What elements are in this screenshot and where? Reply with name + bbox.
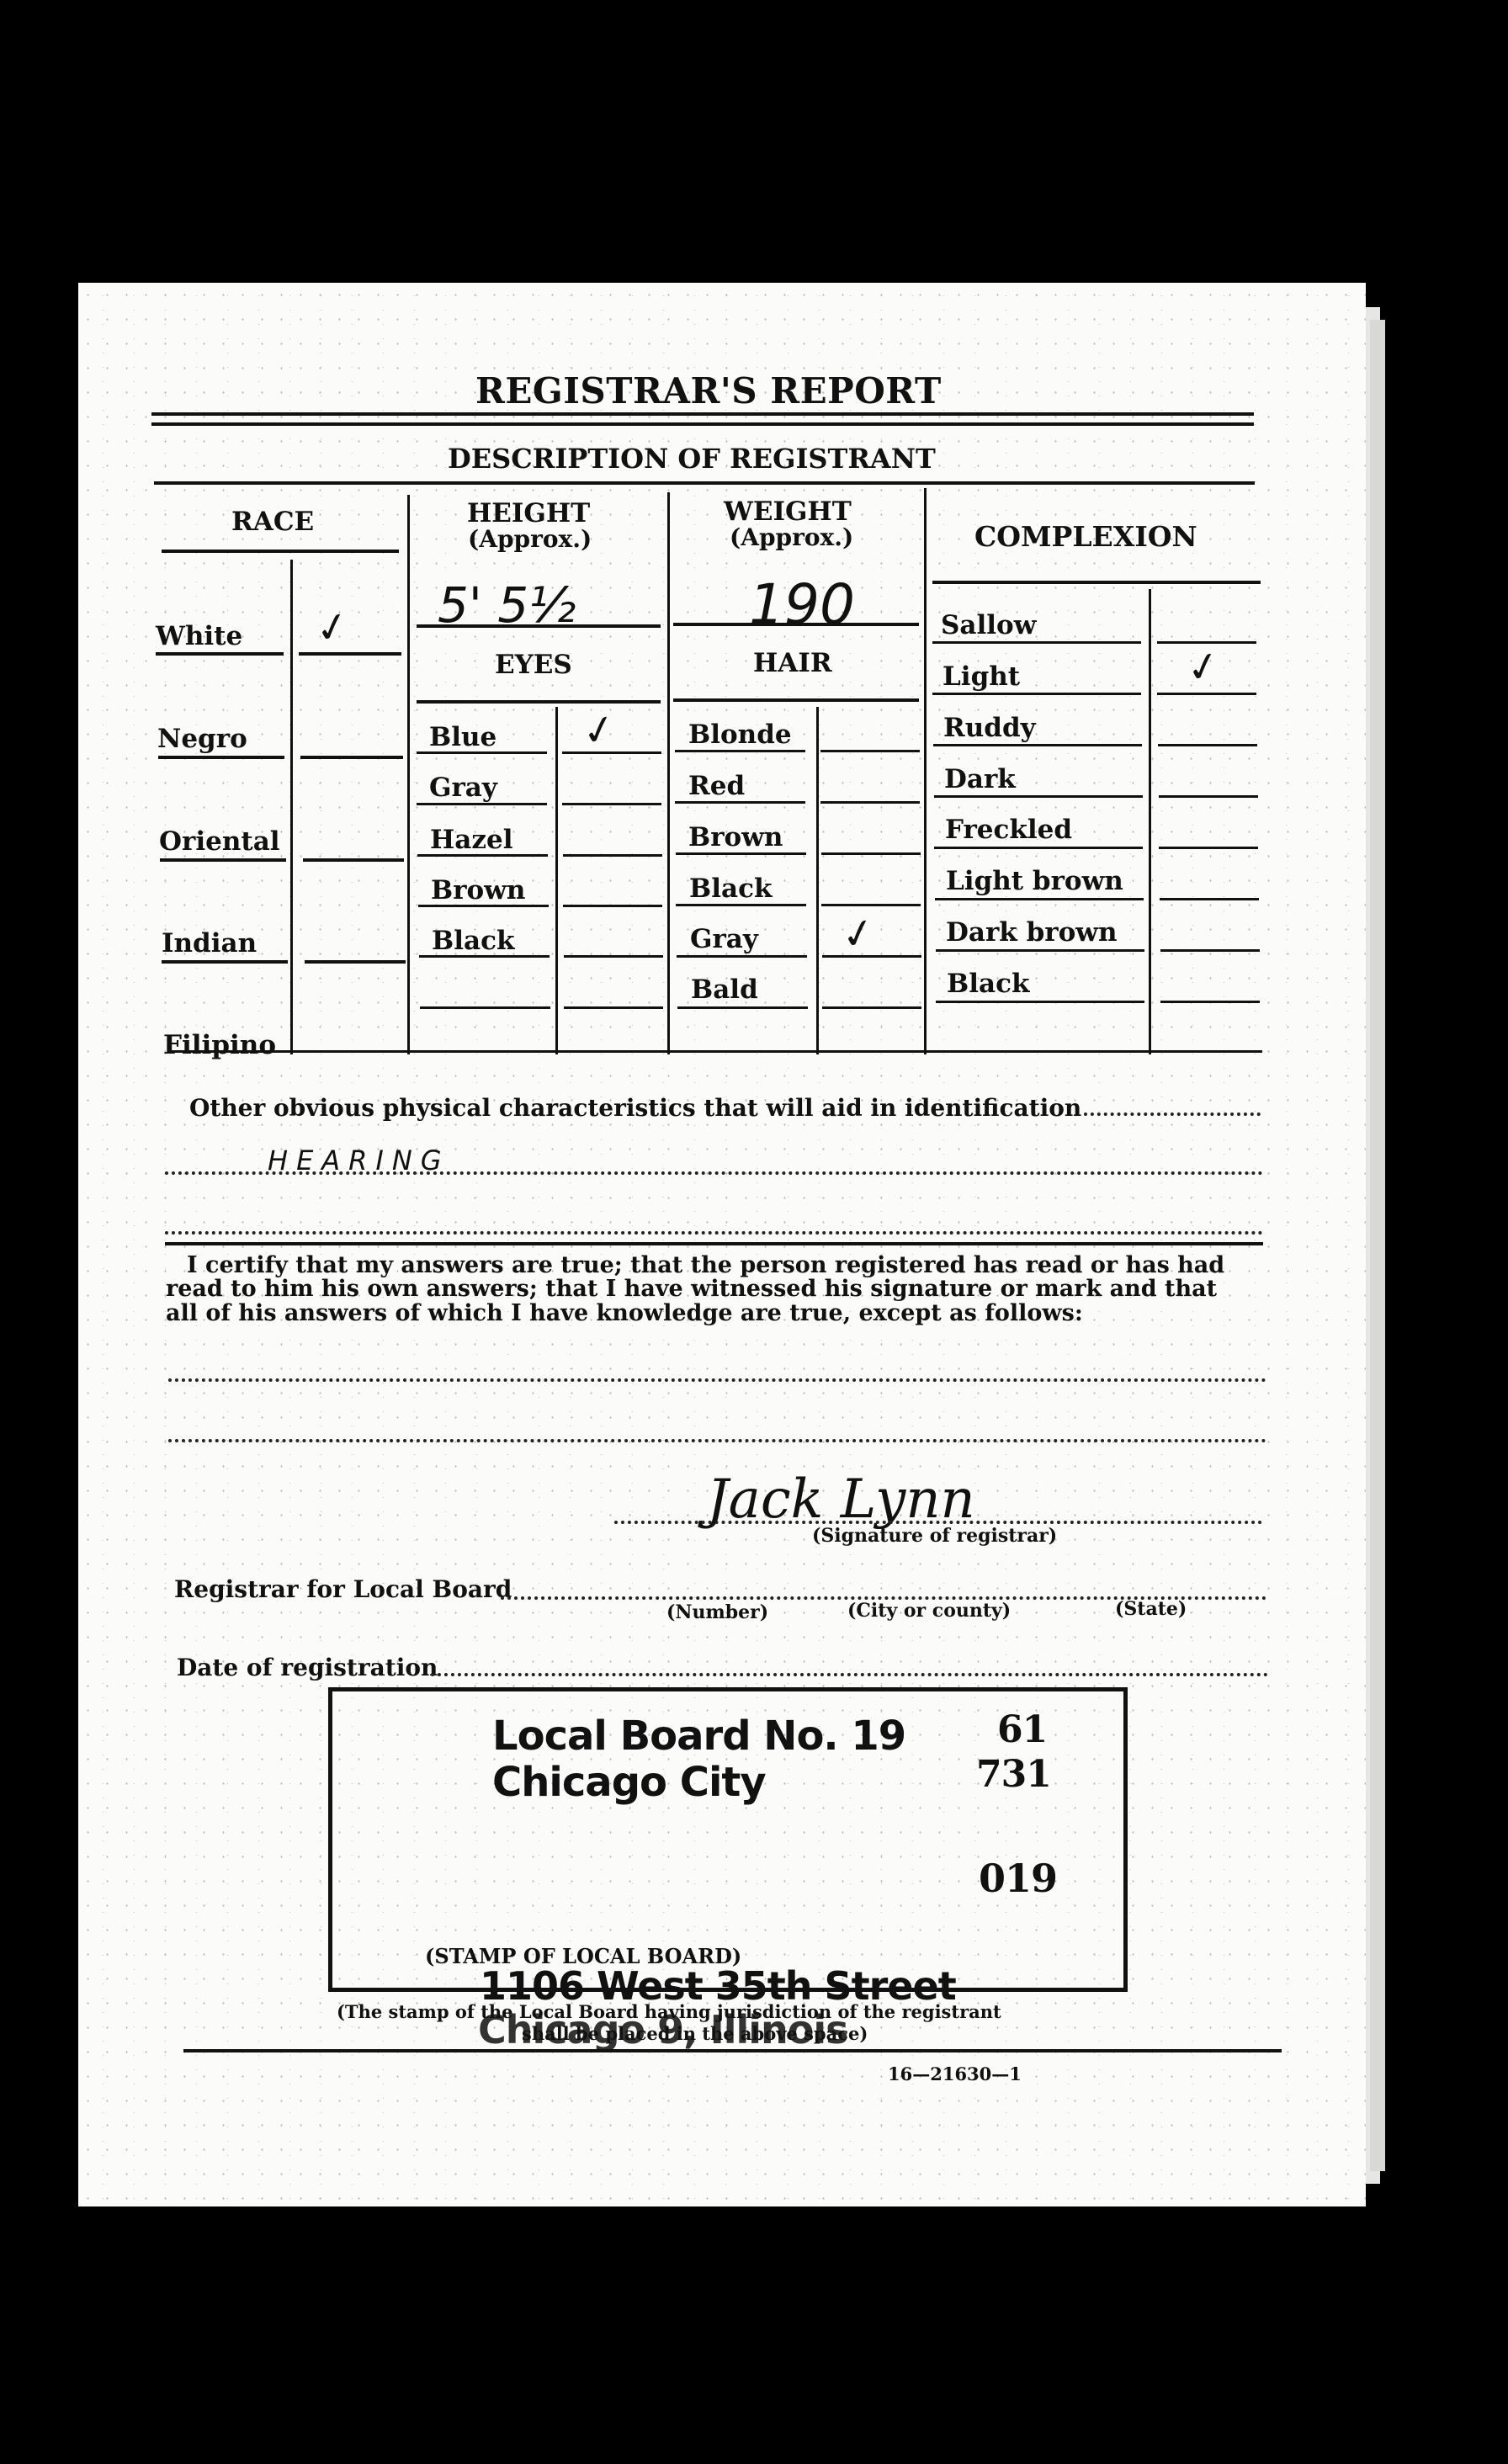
weight-value-rule xyxy=(673,623,919,626)
certify-rule xyxy=(165,1242,1263,1245)
complexion-label-light-brown[interactable]: Light brown xyxy=(946,866,1123,896)
hair-label-bald[interactable]: Bald xyxy=(691,974,758,1005)
eyes-rule xyxy=(419,955,550,958)
stamp-number-3: 019 xyxy=(979,1856,1057,1901)
paper-stack-edge-2 xyxy=(1370,320,1385,2171)
row-rule xyxy=(299,652,401,656)
race-header: RACE xyxy=(231,507,314,537)
divider-race-check xyxy=(290,560,293,1054)
eyes-rule xyxy=(417,854,548,857)
complexion-header-rule xyxy=(932,581,1261,584)
stamp-board-name: Local Board No. 19 xyxy=(492,1713,905,1760)
other-characteristics-label: Other obvious physical characteristics t… xyxy=(189,1094,1081,1122)
title-rule-2 xyxy=(151,422,1254,426)
eyes-rule xyxy=(417,803,547,805)
complexion-check-rule xyxy=(1160,898,1259,900)
registrar-label: Registrar for Local Board xyxy=(174,1575,512,1603)
certify-line-1: I certify that my answers are true; that… xyxy=(187,1252,1224,1278)
complexion-label-black[interactable]: Black xyxy=(947,969,1029,999)
divider-height-weight xyxy=(667,492,670,1054)
certify-line-3: all of his answers of which I have knowl… xyxy=(166,1300,1083,1326)
eyes-label-gray[interactable]: Gray xyxy=(429,773,497,803)
eyes-header-rule xyxy=(417,700,661,704)
complexion-label-dark[interactable]: Dark xyxy=(944,764,1016,794)
signature-caption: (Signature of registrar) xyxy=(812,1525,1057,1547)
eyes-check-rule xyxy=(564,1006,663,1009)
bottom-rule xyxy=(183,2049,1282,2052)
row-rule xyxy=(156,652,284,656)
complexion-label-ruddy[interactable]: Ruddy xyxy=(943,713,1036,743)
complexion-check-rule xyxy=(1159,847,1258,849)
eyes-check-rule xyxy=(563,905,662,907)
section-title: DESCRIPTION OF REGISTRANT xyxy=(448,443,936,475)
hair-rule xyxy=(676,904,806,906)
complexion-rule xyxy=(932,641,1141,644)
other-line-1 xyxy=(165,1171,1263,1175)
complexion-rule xyxy=(934,795,1143,798)
divider-race-height xyxy=(407,495,410,1054)
hair-rule xyxy=(675,801,805,804)
race-label: Indian xyxy=(162,928,257,959)
complexion-label-freckled[interactable]: Freckled xyxy=(945,815,1072,845)
table-bottom-rule xyxy=(168,1050,1262,1053)
complexion-check-rule xyxy=(1160,949,1260,952)
hair-header-rule xyxy=(673,698,919,702)
race-label: Oriental xyxy=(159,826,280,857)
eyes-check-rule xyxy=(562,751,661,754)
complexion-rule xyxy=(935,898,1144,900)
row-rule xyxy=(305,960,406,964)
hair-label-black[interactable]: Black xyxy=(689,874,772,904)
race-label: White xyxy=(156,621,242,651)
hair-header: HAIR xyxy=(753,648,832,678)
divider-hair-check xyxy=(816,707,819,1054)
row-rule xyxy=(158,756,284,759)
row-rule xyxy=(300,756,403,759)
date-line xyxy=(431,1673,1268,1676)
hair-check-rule xyxy=(820,750,920,752)
number-caption: (Number) xyxy=(666,1601,768,1623)
title-rule-1 xyxy=(151,412,1254,416)
stamp-number-2: 731 xyxy=(976,1753,1051,1796)
complexion-rule xyxy=(936,1001,1144,1003)
complexion-label: Light xyxy=(942,661,1020,692)
signature-line xyxy=(614,1521,1262,1524)
stamp-city: Chicago City xyxy=(492,1759,766,1806)
section-rule xyxy=(154,481,1255,485)
stamp-note-2: shall be placed in the above space) xyxy=(522,2023,868,2044)
eyes-label-brown[interactable]: Brown xyxy=(431,875,525,905)
other-characteristics-dots xyxy=(1084,1113,1261,1116)
divider-complexion-check xyxy=(1149,589,1151,1054)
eyes-label: Blue xyxy=(429,722,496,752)
row-rule xyxy=(162,960,288,964)
eyes-check-rule xyxy=(563,854,662,857)
exceptions-line-1 xyxy=(168,1378,1266,1382)
form-number: 16—21630—1 xyxy=(888,2063,1022,2084)
stamp-number-1: 61 xyxy=(997,1708,1047,1751)
eyes-label-black[interactable]: Black xyxy=(432,926,514,956)
complexion-header: COMPLEXION xyxy=(974,520,1197,553)
hair-check-rule xyxy=(821,904,921,906)
hair-check-rule xyxy=(821,852,921,855)
other-line-2 xyxy=(165,1231,1263,1235)
complexion-rule xyxy=(932,693,1141,695)
complexion-check-rule xyxy=(1159,795,1258,798)
eyes-rule xyxy=(418,905,549,907)
race-label: Negro xyxy=(157,724,247,754)
eyes-rule xyxy=(420,1006,550,1009)
hair-check-rule xyxy=(822,1006,921,1009)
complexion-check-rule xyxy=(1157,641,1256,644)
complexion-check-rule xyxy=(1160,1001,1260,1003)
hair-rule xyxy=(677,1006,808,1009)
hair-label-brown[interactable]: Brown xyxy=(688,822,783,852)
row-rule xyxy=(303,858,404,862)
hair-rule xyxy=(675,750,805,752)
complexion-rule xyxy=(934,847,1143,849)
height-header: HEIGHT xyxy=(467,498,590,528)
weight-header: WEIGHT xyxy=(724,497,852,527)
complexion-check-rule xyxy=(1157,693,1256,695)
height-value-rule xyxy=(417,624,661,628)
eyes-check-rule xyxy=(564,955,663,958)
exceptions-line-2 xyxy=(168,1439,1266,1442)
eyes-check-rule xyxy=(562,803,661,805)
divider-eyes-check xyxy=(555,707,558,1054)
hair-label: Gray xyxy=(690,924,758,954)
weight-sub-header: (Approx.) xyxy=(730,523,853,551)
complexion-rule xyxy=(933,744,1142,746)
hair-label-blonde[interactable]: Blonde xyxy=(688,720,792,750)
state-caption: (State) xyxy=(1115,1598,1187,1620)
race-label: Filipino xyxy=(163,1030,276,1060)
weight-value: 190 xyxy=(749,572,855,637)
complexion-rule xyxy=(936,949,1144,952)
hair-rule xyxy=(676,852,806,855)
row-rule xyxy=(160,858,286,862)
eyes-rule xyxy=(417,751,547,754)
city-caption: (City or county) xyxy=(847,1600,1011,1622)
height-sub-header: (Approx.) xyxy=(468,525,592,553)
hair-check-rule xyxy=(822,955,921,958)
complexion-label-sallow[interactable]: Sallow xyxy=(941,610,1036,640)
form-title: REGISTRAR'S REPORT xyxy=(475,370,942,412)
race-header-rule xyxy=(162,550,399,553)
certify-line-2: read to him his own answers; that I have… xyxy=(166,1276,1217,1302)
eyes-label-hazel[interactable]: Hazel xyxy=(430,825,512,855)
eyes-header: EYES xyxy=(495,650,572,680)
complexion-check-rule xyxy=(1158,744,1257,746)
divider-weight-complexion xyxy=(924,488,927,1054)
date-label: Date of registration xyxy=(177,1654,438,1681)
hair-rule xyxy=(677,955,807,958)
hair-label-red[interactable]: Red xyxy=(688,771,745,801)
complexion-label-dark-brown[interactable]: Dark brown xyxy=(946,917,1117,948)
hair-check-rule xyxy=(820,801,920,804)
